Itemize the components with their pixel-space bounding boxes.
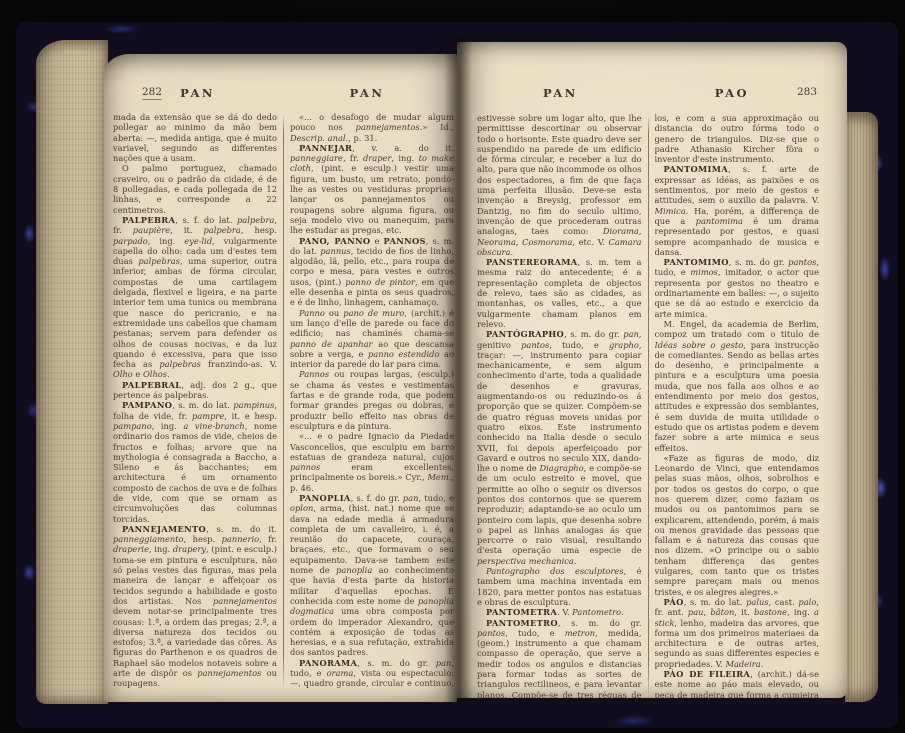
page-number-right: 283 [797, 86, 817, 98]
dictionary-paragraph: PANO, PANNO e PANNOS, s. m. do lat. pann… [290, 236, 454, 308]
entry-headword: PÁO [664, 597, 684, 607]
italic-term: pan [623, 329, 639, 339]
italic-term: pampinus [233, 400, 274, 410]
entry-headword: PANNEJAR [299, 143, 352, 153]
text-run: , it. [734, 607, 754, 617]
text-run: , ing. [152, 421, 184, 431]
running-head: PAN [543, 86, 578, 100]
text-run: , s. m. do gr. [558, 618, 642, 628]
italic-term: mimos [690, 267, 718, 277]
italic-term: pannerio [222, 534, 259, 544]
dictionary-paragraph: estivesse sobre um logar alto, que lhe p… [477, 113, 642, 257]
italic-term: Idéas sobre o gesto [655, 340, 744, 350]
dictionary-column: mada da extensão que se dá do dedo polle… [113, 112, 277, 690]
entry-headword: PANTÓGRAPHO [486, 329, 564, 339]
italic-term: pampre [192, 411, 224, 421]
left-page-header: 282 PAN PAN [104, 86, 457, 104]
dictionary-paragraph: Pantographo dos esculptores, é tambem um… [477, 566, 642, 607]
text-run: , s. m. do gr. [357, 658, 436, 668]
entry-headword: PALPEBRAL [122, 380, 181, 390]
italic-term: panno estendido [368, 349, 440, 359]
italic-term: grapho [609, 340, 639, 350]
dictionary-paragraph: PANTOMIMA, s. f. arte de expressar as id… [655, 164, 820, 257]
dictionary-paragraph: «Faze as figuras de modo, diz Leonardo d… [655, 453, 820, 597]
text-run: , s. m. do lat. [684, 597, 746, 607]
column-divider [283, 114, 284, 690]
italic-term: Madeira [725, 659, 760, 669]
italic-term: pan [436, 658, 452, 668]
italic-term: orama [327, 668, 354, 678]
entry-headword: PANNOS [384, 236, 426, 246]
entry-headword: PANOPLIA [299, 493, 351, 503]
italic-term: palpebra [237, 215, 274, 225]
dictionary-column: los, e com a sua approximação ou distanc… [655, 113, 820, 699]
entry-headword: PANORAMA [299, 658, 357, 668]
dictionary-paragraph: PANNEJAR, v. a. do it. panneggiare, fr. … [290, 143, 454, 236]
text-run: , ing. [391, 153, 418, 163]
italic-term: pannejamentos [213, 596, 277, 606]
dictionary-paragraph: PANSTEREORAMA, s. m. tem a mesma raiz do… [477, 257, 642, 329]
dictionary-paragraph: «... e o padre Ignacio da Piedade Vascon… [290, 431, 454, 493]
italic-term: Pantometro [572, 607, 621, 617]
italic-term: pannus [320, 246, 351, 256]
italic-term: pantos [521, 340, 549, 350]
italic-term: panno de pintor [345, 277, 415, 287]
text-run: e [370, 236, 383, 246]
italic-term: pano de muro [343, 308, 404, 318]
dictionary-paragraph: PANTOMETRO, s. m. do gr. pantos, tudo, e… [477, 618, 642, 699]
text-run: «Faze as figuras de modo, diz Leonardo d… [655, 453, 820, 597]
italic-term: pannejamentos [197, 668, 261, 678]
text-run: , s. m. do lat. [172, 400, 233, 410]
entry-headword: PAMPANO [122, 400, 172, 410]
text-run: , fr. [343, 153, 363, 163]
page-edges-right [845, 112, 878, 702]
italic-term: panneggiare [290, 153, 343, 163]
text-run: , (pint. e esculp.) vestir uma figura, u… [290, 163, 454, 235]
text-run: , ing. [149, 544, 173, 554]
dictionary-paragraph: M. Engel, da academia de Berlim, compoz … [655, 319, 820, 453]
dictionary-paragraph: PANTÓGRAPHO, s. m. do gr. pan, genitivo … [477, 329, 642, 566]
dictionary-paragraph: Panno ou pano de muro, (archit.) é um la… [290, 308, 454, 370]
text-run: e [133, 369, 143, 379]
running-head: PAN [350, 86, 385, 100]
text-run: los, e com a sua approximação ou distanc… [655, 113, 820, 164]
text-run: , traçar: —, instrumento para copiar mec… [477, 340, 642, 474]
italic-term: drapery [173, 544, 206, 554]
text-run: , tudo, e [549, 340, 609, 350]
left-page: 282 PAN PAN mada da extensão que se dá d… [104, 54, 457, 702]
text-run: «As fimbrias do [122, 689, 201, 690]
dictionary-paragraph: PÁO, s. m. do lat. palus, cast. palo, fr… [655, 597, 820, 669]
text-run: , e compõe-se de um oculo estreito e mov… [477, 463, 642, 555]
dictionary-paragraph: los, e com a sua approximação ou distanc… [655, 113, 820, 164]
text-run: . [167, 369, 170, 379]
dictionary-paragraph: PANOPLIA, s. f. do gr. pan, tudo, e oplo… [290, 493, 454, 658]
text-run: . [510, 247, 513, 257]
text-run: , para instrucção de comediantes. Sendo … [655, 340, 820, 453]
text-run: M. Engel, da academia de Berlim, compoz … [655, 319, 820, 339]
page-edges-left [36, 40, 108, 704]
running-head: PAN [180, 86, 215, 100]
text-run: , medida, (geom.) instrumento a que cham… [477, 628, 642, 699]
text-run: , fr. [259, 534, 277, 544]
dictionary-paragraph: PANTOMIMO, s. m. do gr. pantos, tudo, e … [655, 257, 820, 319]
dictionary-paragraph: mada da extensão que se dá do dedo polle… [113, 112, 277, 163]
dictionary-paragraph: «... o desafogo de mudar algum pouco nos… [290, 112, 454, 143]
entry-headword: PANTOMETRO [486, 618, 558, 628]
text-run: , hesp. [184, 534, 222, 544]
text-run: .» Id., [420, 122, 454, 132]
text-run: , s. m. do gr. [564, 329, 623, 339]
italic-term: palus [746, 597, 769, 607]
italic-term: panno de apanhar [290, 339, 373, 349]
italic-term: palpebra [203, 225, 240, 235]
italic-term: panneggiamento [113, 534, 184, 544]
italic-term: Diagrapho [539, 463, 583, 473]
italic-term: pannos [290, 462, 320, 472]
italic-term: panoplia [336, 565, 372, 575]
italic-term: pannejamento [201, 689, 261, 690]
text-run: , s. f. do gr. [351, 493, 403, 503]
text-run: , etc. V. [572, 237, 608, 247]
text-run: franzindo-as. V. [201, 359, 277, 369]
italic-term: Mem. [427, 472, 451, 482]
dictionary-paragraph: O palmo portuguez, chamado craveiro, ou … [113, 163, 277, 214]
dictionary-paragraph: PALPEBRAL, adj. dos 2 g., que pertence á… [113, 380, 277, 401]
italic-term: palpebras [159, 359, 201, 369]
text-run: , ing. [787, 607, 814, 617]
text-run: . [574, 556, 577, 566]
italic-term: metron [565, 628, 595, 638]
text-run: , tudo, e [505, 628, 564, 638]
italic-term: draper [363, 153, 391, 163]
dictionary-paragraph: PAMPANO, s. m. do lat. pampinus, folha d… [113, 400, 277, 524]
entry-headword: PÁO DE FILEIRA [664, 669, 751, 679]
italic-term: perspectiva mechanica [477, 556, 574, 566]
text-run: , it. [170, 225, 203, 235]
italic-term: paupière [133, 225, 170, 235]
entry-headword: PANTOMETRA [486, 607, 557, 617]
dictionary-column: estivesse sobre um logar alto, que lhe p… [477, 113, 642, 699]
right-page-body: estivesse sobre um logar alto, que lhe p… [457, 104, 847, 699]
right-page-header: PAN PAO 283 [457, 86, 847, 104]
italic-term: Descrip. anal. [290, 133, 348, 143]
italic-term: pantomima [696, 216, 743, 226]
page-number-left: 282 [142, 86, 162, 100]
left-page-body: mada da extensão que se dá do dedo polle… [104, 104, 457, 690]
text-run: , nome ordinario dos ramos de vide, chei… [113, 421, 277, 524]
entry-headword: PANNEJAMENTO [122, 524, 206, 534]
italic-term: palpebras [138, 256, 180, 266]
text-run: , s. m. tem a mesma raiz do antecedente;… [477, 257, 642, 329]
text-run: . [621, 607, 624, 617]
italic-term: pantos [477, 628, 505, 638]
italic-term: Pannos [299, 369, 329, 379]
italic-term: pannejamentos [356, 122, 420, 132]
running-head: PAO [715, 86, 749, 100]
dictionary-paragraph: PANNEJAMENTO, s. m. do it. panneggiament… [113, 524, 277, 689]
entry-headword: PANTOMIMA [664, 164, 728, 174]
entry-headword: PANTOMIMO [664, 257, 729, 267]
text-run: , s. m. do gr. [729, 257, 788, 267]
dictionary-column: «... o desafogo de mudar algum pouco nos… [290, 112, 454, 690]
text-run: , hesp. [241, 225, 277, 235]
text-run: estivesse sobre um logar alto, que lhe p… [477, 113, 642, 236]
dictionary-paragraph: PANORAMA, s. m. do gr. pan, tudo, e oram… [290, 658, 454, 690]
text-run: mada da extensão que se dá do dedo polle… [113, 112, 277, 163]
italic-term: Olhos [143, 369, 167, 379]
dictionary-paragraph: «As fimbrias do pannejamento da mesma im… [113, 689, 277, 690]
column-divider [648, 115, 649, 699]
italic-term: a vine-branch [183, 421, 244, 431]
italic-term: draperie [113, 544, 149, 554]
italic-term: Olho [113, 369, 133, 379]
text-run: , v. a. do it. [352, 143, 454, 153]
italic-term: eye-lid [184, 236, 212, 246]
text-run: , p. 31. [348, 133, 377, 143]
italic-term: pampano [113, 421, 152, 431]
italic-term: oplon [290, 503, 313, 513]
entry-headword: PANSTEREORAMA [486, 257, 577, 267]
dictionary-paragraph: PALPEBRA, s. f. do lat. palpebra, fr. pa… [113, 215, 277, 380]
text-run: , cast. [769, 597, 799, 607]
text-run: «... e o padre Ignacio da Piedade Vascon… [290, 431, 454, 462]
italic-term: pau, bâton [688, 607, 734, 617]
italic-term: parpado [113, 236, 148, 246]
text-run: . [761, 659, 764, 669]
entry-headword: PANO, PANNO [299, 236, 370, 246]
text-run: , s. m. do it. [206, 524, 277, 534]
text-run: ou [325, 308, 343, 318]
text-run: , ing. [148, 236, 184, 246]
italic-term: pantos [788, 257, 816, 267]
text-run: , s. f. do lat. [175, 215, 237, 225]
italic-term: Mimica [655, 206, 686, 216]
italic-term: Panno [299, 308, 325, 318]
right-page: PAN PAO 283 estivesse sobre um logar alt… [457, 42, 847, 698]
italic-term: Pantographo dos esculptores [486, 566, 624, 576]
italic-term: bastone [754, 607, 787, 617]
entry-headword: PALPEBRA [122, 215, 175, 225]
text-run: O palmo portuguez, chamado craveiro, ou … [113, 163, 277, 214]
dictionary-paragraph: Pannos ou roupas largas, (esculp.) se ch… [290, 369, 454, 431]
dictionary-paragraph: PÁO DE FILEIRA, (archit.) dá-se este nom… [655, 669, 820, 699]
book-photograph: 282 PAN PAN mada da extensão que se dá d… [0, 0, 905, 733]
text-run: , tudo, e [418, 493, 454, 503]
italic-term: palo [798, 597, 816, 607]
dictionary-paragraph: PANTOMETRA. V. Pantometro. [477, 607, 642, 617]
text-run: . V. [557, 607, 572, 617]
text-run: , uma superior, outra inferior, ambas de… [113, 256, 277, 369]
text-run: , it. e hesp. [224, 411, 277, 421]
italic-term: pan [403, 493, 419, 503]
